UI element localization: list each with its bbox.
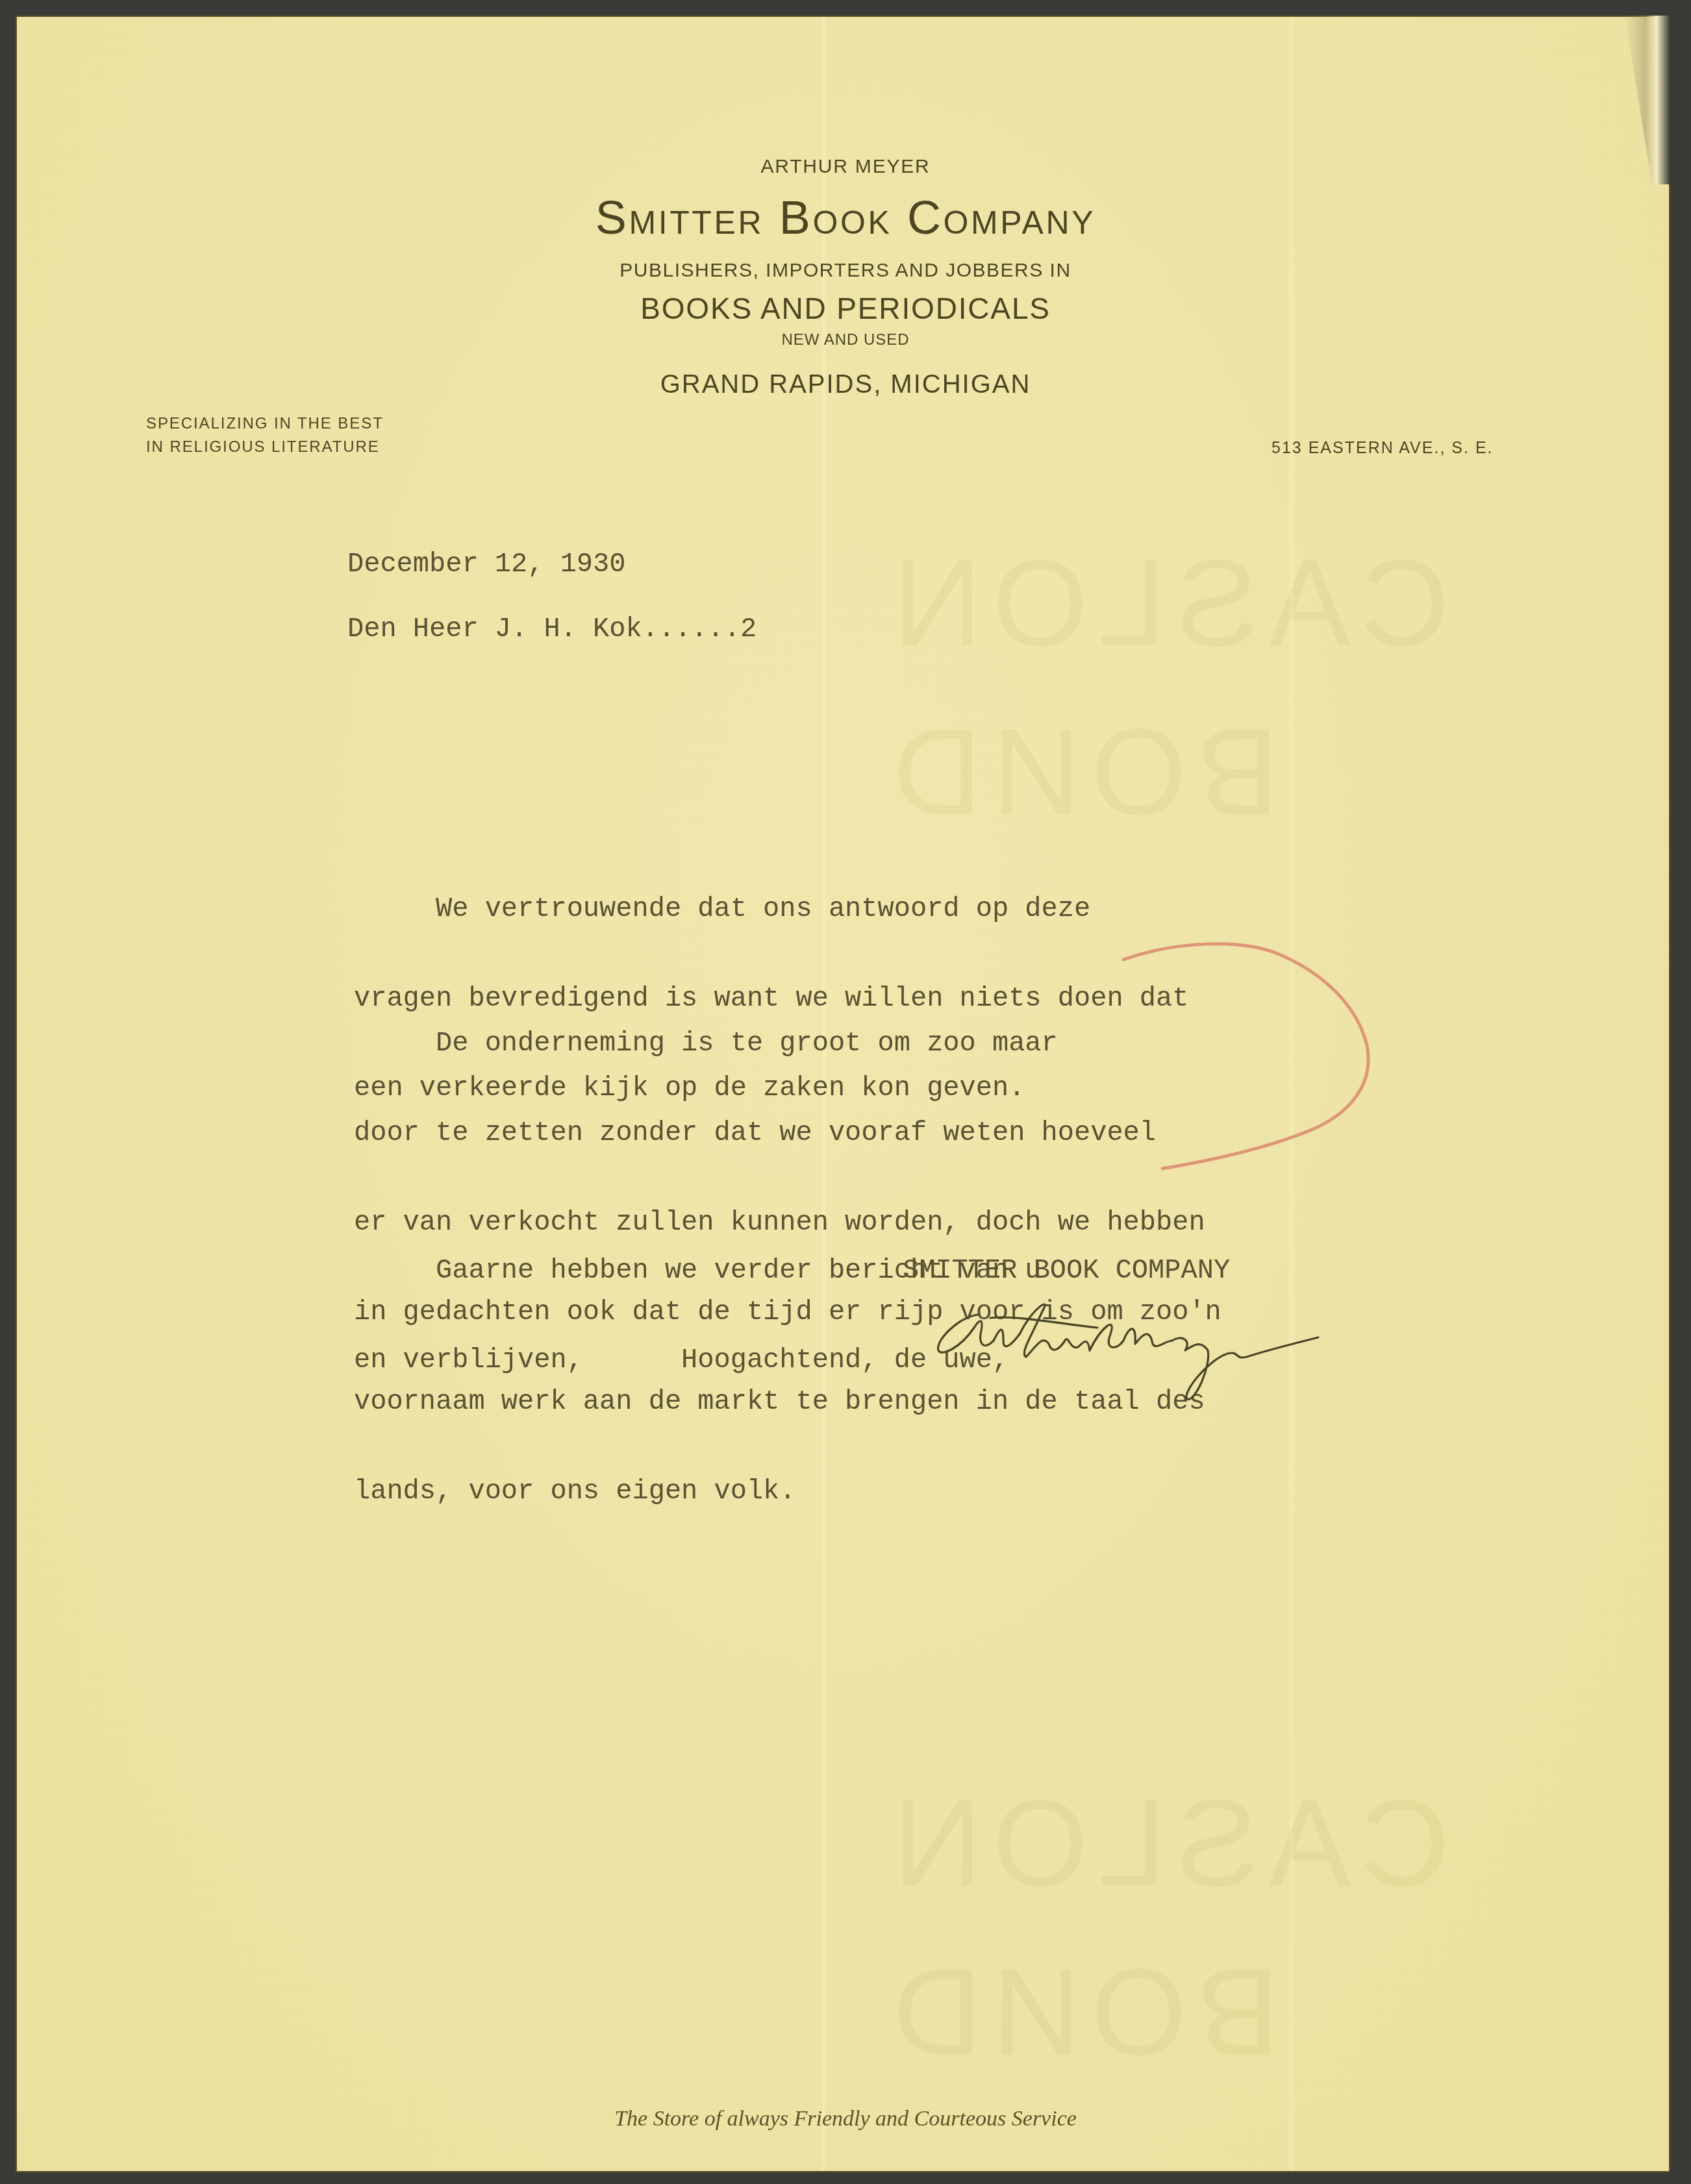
- paragraph-line: De onderneming is te groot om zoo maar: [354, 1028, 1221, 1058]
- closing-company: SMITTER BOOK COMPANY: [903, 1255, 1230, 1286]
- watermark-bottom-lower: BOND: [883, 1941, 1279, 2083]
- letterhead-books: BOOKS AND PERIODICALS: [0, 291, 1691, 326]
- letterhead-owner: ARTHUR MEYER: [0, 156, 1691, 178]
- letterhead-new-used: NEW AND USED: [0, 331, 1691, 349]
- handwritten-signature: [922, 1289, 1351, 1419]
- letter-recipient: Den Heer J. H. Kok......2: [347, 614, 757, 644]
- watermark-top-lower: CASLON: [883, 1772, 1450, 1914]
- watermark-bottom: BOND: [883, 701, 1279, 843]
- letterhead-specializing: SPECIALIZING IN THE BEST IN RELIGIOUS LI…: [146, 412, 384, 459]
- specializing-line-1: SPECIALIZING IN THE BEST: [146, 412, 384, 436]
- letter-date: December 12, 1930: [347, 549, 625, 579]
- letterhead-city: GRAND RAPIDS, MICHIGAN: [0, 370, 1691, 399]
- watermark-top: CASLON: [883, 532, 1450, 674]
- paragraph-line: lands, voor ons eigen volk.: [354, 1476, 1221, 1506]
- letterhead-publishers: PUBLISHERS, IMPORTERS AND JOBBERS IN: [0, 260, 1691, 282]
- letterhead-address: 513 EASTERN AVE., S. E.: [1271, 439, 1494, 458]
- paragraph-line: We vertrouwende dat ons antwoord op deze: [354, 894, 1188, 924]
- paragraph-line: door te zetten zonder dat we vooraf wete…: [354, 1118, 1221, 1148]
- red-pencil-bracket-mark: [1117, 935, 1455, 1175]
- footer-tagline: The Store of always Friendly and Courteo…: [0, 2107, 1691, 2131]
- specializing-line-2: IN RELIGIOUS LITERATURE: [146, 436, 384, 459]
- letterhead-company: Smitter Book Company: [0, 192, 1691, 245]
